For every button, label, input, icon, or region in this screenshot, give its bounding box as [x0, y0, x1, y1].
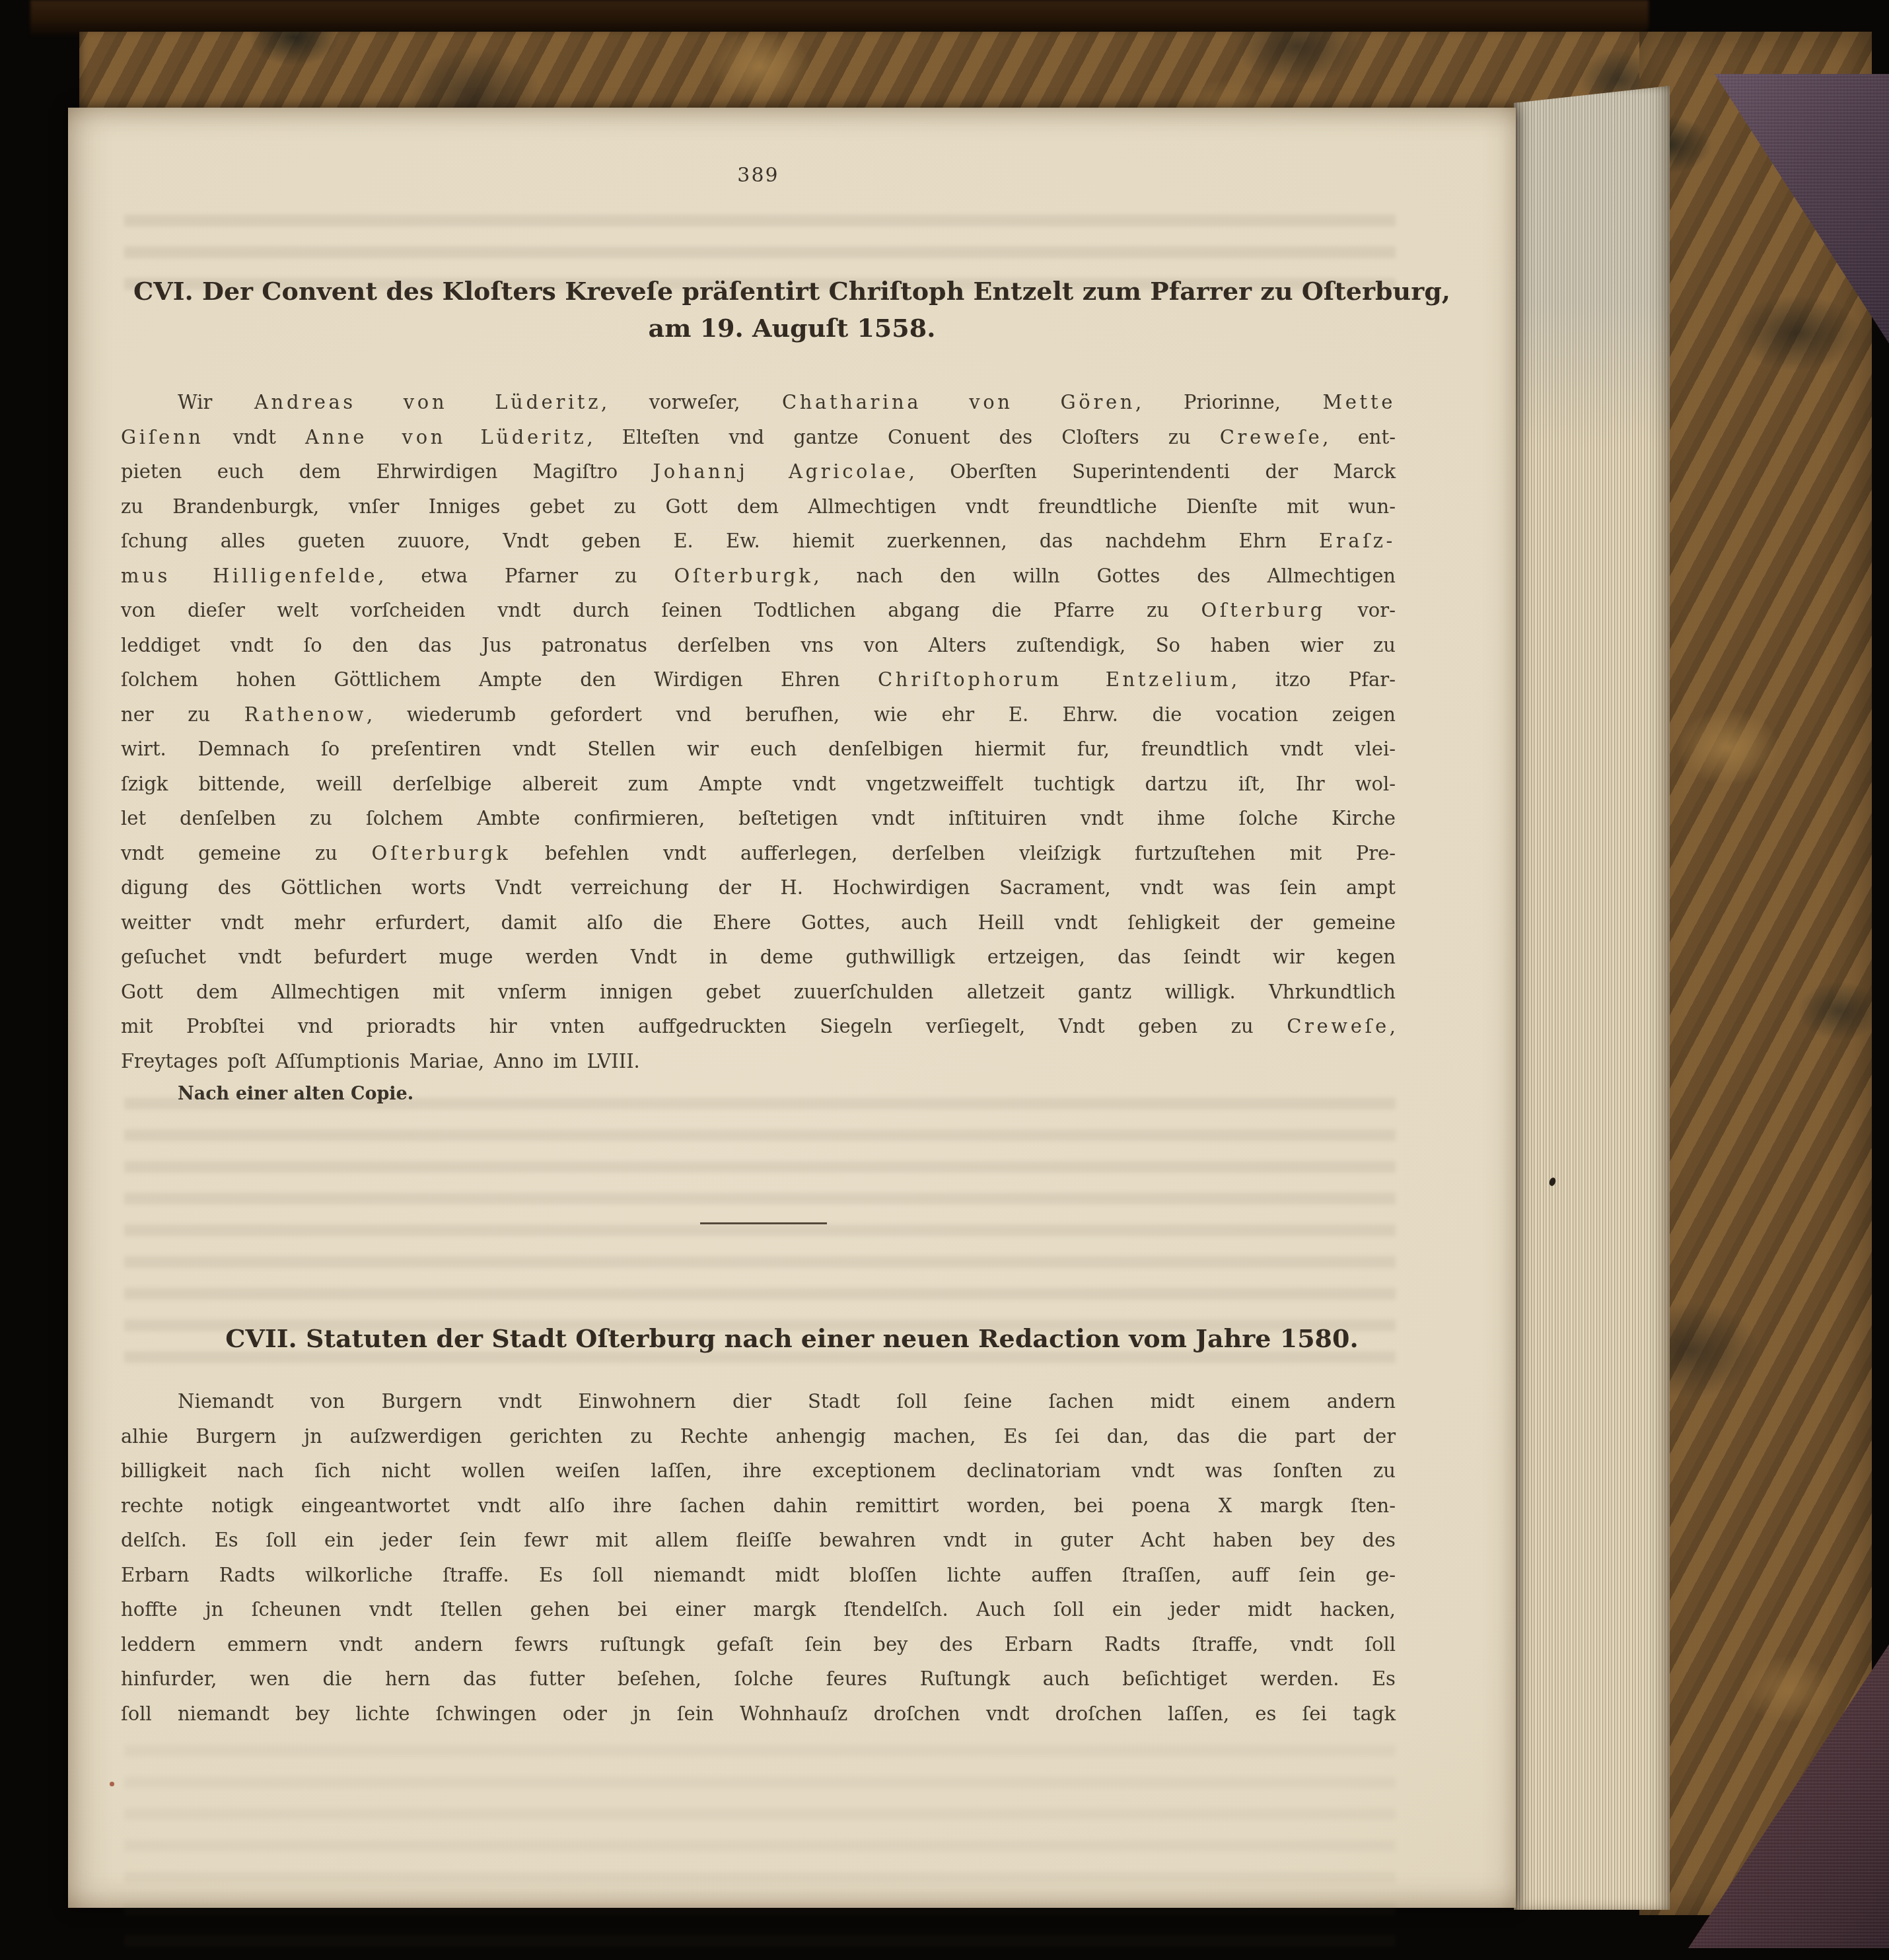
heading-line: CVI. Der Convent des Kloſters Kreveſe pr…	[94, 273, 1489, 310]
text-segment: ſchung alles gueten zuuore, Vndt geben E…	[121, 530, 1319, 552]
photo-background: { "page": { "page_number": "389" }, "sec…	[0, 0, 1889, 1948]
section-heading-cvi: CVI. Der Convent des Kloſters Kreveſe pr…	[94, 273, 1489, 347]
text-segment: let denſelben zu ſolchem Ambte confirmie…	[121, 807, 1396, 829]
page-stack-fore-edge	[1514, 83, 1670, 1910]
letterspaced-name: Mette	[1322, 391, 1396, 413]
letterspaced-name: Anne von Lüderitz	[305, 426, 587, 448]
text-segment: vndt	[204, 426, 306, 448]
text-segment: , itzo Pfar-	[1231, 668, 1396, 691]
letterspaced-name: Giſenn	[121, 426, 204, 448]
letterspaced-name: Creweſe	[1220, 426, 1323, 448]
text-segment: , Priorinne,	[1135, 391, 1322, 413]
text-segment: alhie Burgern jn auſzwerdigen gerichten …	[121, 1425, 1396, 1448]
text-segment: Gott dem Allmechtigen mit vnſerm innigen…	[121, 981, 1396, 1003]
text-line: hinfurder, wen die hern das futter beſeh…	[121, 1662, 1396, 1697]
text-segment: weitter vndt mehr erfurdert, damit alſo …	[121, 911, 1396, 934]
text-segment: befehlen vndt aufferlegen, derſelben vle…	[511, 842, 1396, 864]
document-body-cvii: Niemandt von Burgern vndt Einwohnern die…	[121, 1384, 1396, 1731]
text-segment: geſuchet vndt befurdert muge werden Vndt…	[121, 946, 1396, 968]
text-line: billigkeit nach ſich nicht wollen weiſen…	[121, 1453, 1396, 1488]
text-line: ner zu Rathenow, wiederumb gefordert vnd…	[121, 697, 1396, 732]
text-line: alhie Burgern jn auſzwerdigen gerichten …	[121, 1419, 1396, 1454]
text-line: pieten euch dem Ehrwirdigen Magiſtro Joh…	[121, 454, 1396, 489]
text-line: ſzigk bittende, weill derſelbige alberei…	[121, 767, 1396, 802]
text-segment: delſch. Es ſoll ein jeder ſein fewr mit …	[121, 1529, 1396, 1551]
text-segment: mit Probſtei vnd prioradts hir vnten auf…	[121, 1015, 1287, 1037]
heading-line: CVII. Statuten der Stadt Oſterburg nach …	[94, 1320, 1489, 1357]
text-segment: hoffte jn ſcheunen vndt ſtellen gehen be…	[121, 1598, 1396, 1621]
text-line: Erbarn Radts wilkorliche ſtraffe. Es ſol…	[121, 1558, 1396, 1593]
text-segment: hinfurder, wen die hern das futter beſeh…	[121, 1667, 1396, 1690]
text-segment: , ent-	[1322, 426, 1396, 448]
text-segment: Wir	[178, 391, 254, 413]
red-speck	[110, 1782, 114, 1786]
text-segment: , wiederumb gefordert vnd berufhen, wie …	[367, 703, 1396, 726]
text-line: Niemandt von Burgern vndt Einwohnern die…	[121, 1384, 1396, 1419]
text-line: Wir Andreas von Lüderitz, vorweſer, Chat…	[121, 385, 1396, 420]
text-segment: rechte notigk eingeantwortet vndt alſo i…	[121, 1494, 1396, 1517]
text-segment: , etwa Pfarner zu	[378, 565, 674, 587]
text-segment: vndt gemeine zu	[121, 842, 372, 864]
letterspaced-name: Rathenow	[244, 703, 367, 726]
section-heading-cvii: CVII. Statuten der Stadt Oſterburg nach …	[94, 1320, 1489, 1357]
text-line: hoffte jn ſcheunen vndt ſtellen gehen be…	[121, 1592, 1396, 1627]
text-line: ſchung alles gueten zuuore, Vndt geben E…	[121, 524, 1396, 559]
document-body-cvi: Wir Andreas von Lüderitz, vorweſer, Chat…	[121, 385, 1396, 1078]
text-line: let denſelben zu ſolchem Ambte confirmie…	[121, 801, 1396, 836]
letterspaced-name: Eraſz-	[1319, 530, 1396, 552]
book-page: 389 CVI. Der Convent des Kloſters Kreveſ…	[68, 108, 1516, 1908]
text-line: digung des Göttlichen worts Vndt verreic…	[121, 870, 1396, 905]
text-line: Freytages poſt Aſſumptionis Mariae, Anno…	[121, 1044, 1396, 1079]
text-line: von dieſer welt vorſcheiden vndt durch ſ…	[121, 593, 1396, 628]
text-line: zu Brandenburgk, vnſer Inniges gebet zu …	[121, 489, 1396, 524]
text-segment: vor-	[1326, 599, 1396, 621]
show-through-ghost-text	[124, 1742, 1396, 1948]
letterspaced-name: Oſterburgk	[674, 565, 814, 587]
text-segment: pieten euch dem Ehrwirdigen Magiſtro	[121, 460, 653, 483]
text-line: mus Hilligenfelde, etwa Pfarner zu Oſter…	[121, 559, 1396, 594]
heading-line: am 19. Auguſt 1558.	[94, 310, 1489, 347]
text-segment: billigkeit nach ſich nicht wollen weiſen…	[121, 1459, 1396, 1482]
letterspaced-name: Oſterburgk	[372, 842, 511, 864]
text-segment: leddiget vndt ſo den das Jus patronatus …	[121, 634, 1396, 656]
text-line: rechte notigk eingeantwortet vndt alſo i…	[121, 1488, 1396, 1523]
text-line: mit Probſtei vnd prioradts hir vnten auf…	[121, 1009, 1396, 1044]
text-segment: ner zu	[121, 703, 244, 726]
text-line: vndt gemeine zu Oſterburgk befehlen vndt…	[121, 836, 1396, 871]
letterspaced-name: Creweſe	[1287, 1015, 1390, 1037]
text-line: leddern emmern vndt andern fewrs ruſtung…	[121, 1627, 1396, 1662]
letterspaced-name: mus Hilligenfelde	[121, 565, 378, 587]
text-segment: wirt. Demnach ſo preſentiren vndt Stelle…	[121, 738, 1396, 760]
text-segment: ſolchem hohen Göttlichem Ampte den Wirdi…	[121, 668, 878, 691]
text-line: Giſenn vndt Anne von Lüderitz, Elteſten …	[121, 420, 1396, 455]
text-line: weitter vndt mehr erfurdert, damit alſo …	[121, 905, 1396, 940]
text-line: ſoll niemandt bey lichte ſchwingen oder …	[121, 1697, 1396, 1732]
letterspaced-name: Chatharina von Gören	[782, 391, 1135, 413]
text-segment: , nach den willn Gottes des Allmechtigen	[813, 565, 1396, 587]
letterspaced-name: Johannj Agricolae	[653, 460, 908, 483]
marbled-cover-board	[1639, 32, 1872, 1915]
book-board-top-edge	[30, 0, 1649, 36]
section-divider-rule	[700, 1222, 827, 1224]
source-note: Nach einer alten Copie.	[178, 1084, 413, 1104]
text-line: delſch. Es ſoll ein jeder ſein fewr mit …	[121, 1523, 1396, 1558]
page-number: 389	[121, 164, 1396, 187]
letterspaced-name: Oſterburg	[1201, 599, 1326, 621]
text-segment: ,	[1390, 1015, 1396, 1037]
text-line: ſolchem hohen Göttlichem Ampte den Wirdi…	[121, 662, 1396, 697]
text-segment: ſoll niemandt bey lichte ſchwingen oder …	[121, 1702, 1396, 1725]
text-segment: , Oberſten Superintendenti der Marck	[909, 460, 1396, 483]
text-segment: ſzigk bittende, weill derſelbige alberei…	[121, 773, 1396, 795]
text-segment: von dieſer welt vorſcheiden vndt durch ſ…	[121, 599, 1201, 621]
text-line: Gott dem Allmechtigen mit vnſerm innigen…	[121, 975, 1396, 1010]
text-segment: zu Brandenburgk, vnſer Inniges gebet zu …	[121, 495, 1396, 518]
text-segment: leddern emmern vndt andern fewrs ruſtung…	[121, 1633, 1396, 1656]
text-segment: Freytages poſt Aſſumptionis Mariae, Anno…	[121, 1050, 640, 1072]
text-segment: , Elteſten vnd gantze Conuent des Cloſte…	[587, 426, 1219, 448]
text-segment: , vorweſer,	[601, 391, 782, 413]
text-line: geſuchet vndt befurdert muge werden Vndt…	[121, 940, 1396, 975]
text-segment: Erbarn Radts wilkorliche ſtraffe. Es ſol…	[121, 1564, 1396, 1586]
text-segment: Niemandt von Burgern vndt Einwohnern die…	[178, 1390, 1396, 1413]
text-line: wirt. Demnach ſo preſentiren vndt Stelle…	[121, 732, 1396, 767]
letterspaced-name: Andreas von Lüderitz	[254, 391, 601, 413]
book-photograph: 389 CVI. Der Convent des Kloſters Kreveſ…	[0, 0, 1889, 1948]
text-line: leddiget vndt ſo den das Jus patronatus …	[121, 628, 1396, 663]
text-segment: digung des Göttlichen worts Vndt verreic…	[121, 876, 1396, 899]
letterspaced-name: Chriſtophorum Entzelium	[878, 668, 1231, 691]
